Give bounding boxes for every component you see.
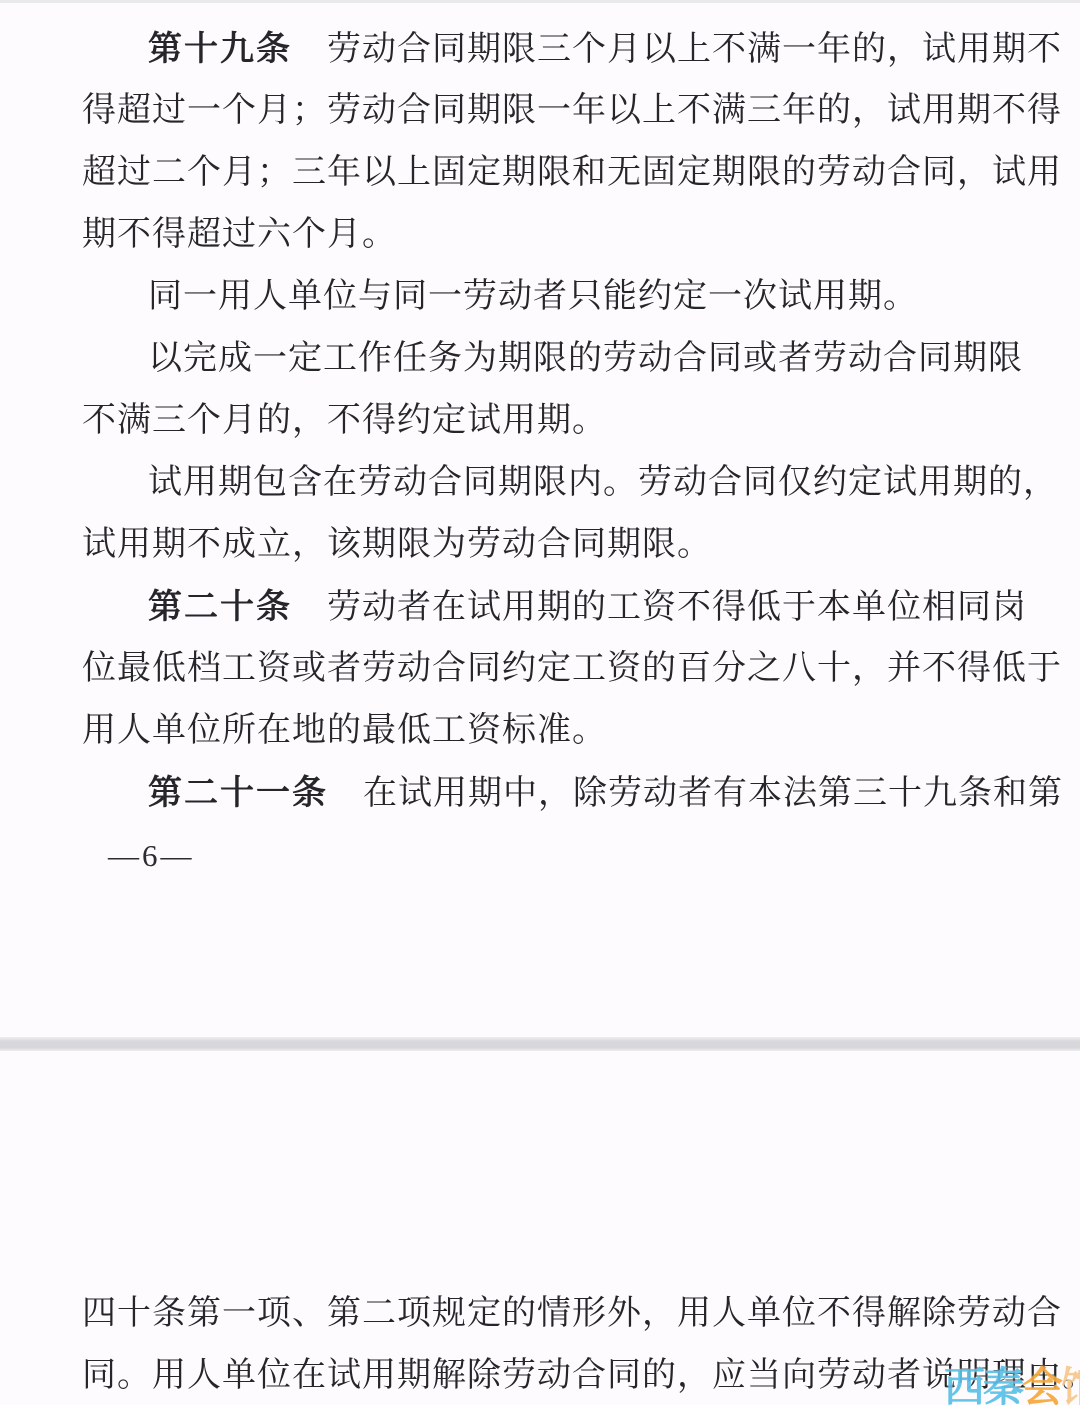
body-text: 得超过一个月；劳动合同期限一年以上不满三年的，试用期不得 bbox=[82, 92, 1062, 129]
body-text: 同。用人单位在试用期解除劳动合同的，应当向劳动者说明理由。 bbox=[82, 1357, 1080, 1394]
page-7-text: 四十条第一项、第二项规定的情形外，用人单位不得解除劳动合同。用人单位在试用期解除… bbox=[82, 1283, 1000, 1405]
top-edge-strip bbox=[0, 0, 1080, 3]
text-line: 第十九条 劳动合同期限三个月以上不满一年的，试用期不 bbox=[82, 18, 1000, 80]
body-text: 劳动者在试用期的工资不得低于本单位相同岗 bbox=[292, 589, 1027, 626]
text-line: 得超过一个月；劳动合同期限一年以上不满三年的，试用期不得 bbox=[82, 80, 1000, 142]
site-watermark: 西秦会馆 bbox=[944, 1354, 1080, 1405]
body-text: 试用期包含在劳动合同期限内。劳动合同仅约定试用期的， bbox=[148, 464, 1058, 501]
article-number: 第二十条 bbox=[148, 588, 292, 626]
text-line: 不满三个月的，不得约定试用期。 bbox=[82, 390, 1000, 452]
body-text: 期不得超过六个月。 bbox=[82, 216, 397, 253]
body-text: 以完成一定工作任务为期限的劳动合同或者劳动合同期限 bbox=[148, 340, 1023, 377]
text-line: 期不得超过六个月。 bbox=[82, 204, 1000, 266]
page-separator bbox=[0, 1037, 1080, 1051]
watermark-char: 西 bbox=[944, 1364, 983, 1405]
text-line: 位最低档工资或者劳动合同约定工资的百分之八十，并不得低于 bbox=[82, 638, 1000, 700]
article-number: 第十九条 bbox=[148, 30, 292, 68]
text-line: 四十条第一项、第二项规定的情形外，用人单位不得解除劳动合 bbox=[82, 1283, 1000, 1345]
page-7: 四十条第一项、第二项规定的情形外，用人单位不得解除劳动合同。用人单位在试用期解除… bbox=[0, 1051, 1080, 1405]
text-line: 第二十一条 在试用期中，除劳动者有本法第三十九条和第 bbox=[82, 762, 1000, 824]
text-line: 同。用人单位在试用期解除劳动合同的，应当向劳动者说明理由。 bbox=[82, 1345, 1000, 1405]
watermark-char: 馆 bbox=[1061, 1364, 1080, 1405]
body-text: 位最低档工资或者劳动合同约定工资的百分之八十，并不得低于 bbox=[82, 650, 1062, 687]
page-6: 第十九条 劳动合同期限三个月以上不满一年的，试用期不得超过一个月；劳动合同期限一… bbox=[0, 0, 1080, 1037]
watermark-char: 会 bbox=[1022, 1364, 1061, 1405]
body-text: 在试用期中，除劳动者有本法第三十九条和第 bbox=[328, 775, 1063, 812]
article-number: 第二十一条 bbox=[148, 774, 328, 812]
text-line: 用人单位所在地的最低工资标准。 bbox=[82, 700, 1000, 762]
body-text: 同一用人单位与同一劳动者只能约定一次试用期。 bbox=[148, 278, 918, 315]
text-line: 同一用人单位与同一劳动者只能约定一次试用期。 bbox=[82, 266, 1000, 328]
text-line: 试用期包含在劳动合同期限内。劳动合同仅约定试用期的， bbox=[82, 452, 1000, 514]
body-text: 劳动合同期限三个月以上不满一年的，试用期不 bbox=[292, 31, 1062, 68]
page-number: —6— bbox=[108, 838, 195, 874]
page-6-text: 第十九条 劳动合同期限三个月以上不满一年的，试用期不得超过一个月；劳动合同期限一… bbox=[82, 18, 1000, 824]
document-scan: 第十九条 劳动合同期限三个月以上不满一年的，试用期不得超过一个月；劳动合同期限一… bbox=[0, 0, 1080, 1405]
watermark-char: 秦 bbox=[983, 1364, 1022, 1405]
body-text: 不满三个月的，不得约定试用期。 bbox=[82, 402, 607, 439]
text-line: 以完成一定工作任务为期限的劳动合同或者劳动合同期限 bbox=[82, 328, 1000, 390]
body-text: 超过二个月；三年以上固定期限和无固定期限的劳动合同，试用 bbox=[82, 154, 1062, 191]
body-text: 用人单位所在地的最低工资标准。 bbox=[82, 712, 607, 749]
body-text: 四十条第一项、第二项规定的情形外，用人单位不得解除劳动合 bbox=[82, 1295, 1062, 1332]
text-line: 第二十条 劳动者在试用期的工资不得低于本单位相同岗 bbox=[82, 576, 1000, 638]
text-line: 超过二个月；三年以上固定期限和无固定期限的劳动合同，试用 bbox=[82, 142, 1000, 204]
text-line: 试用期不成立，该期限为劳动合同期限。 bbox=[82, 514, 1000, 576]
body-text: 试用期不成立，该期限为劳动合同期限。 bbox=[82, 526, 712, 563]
